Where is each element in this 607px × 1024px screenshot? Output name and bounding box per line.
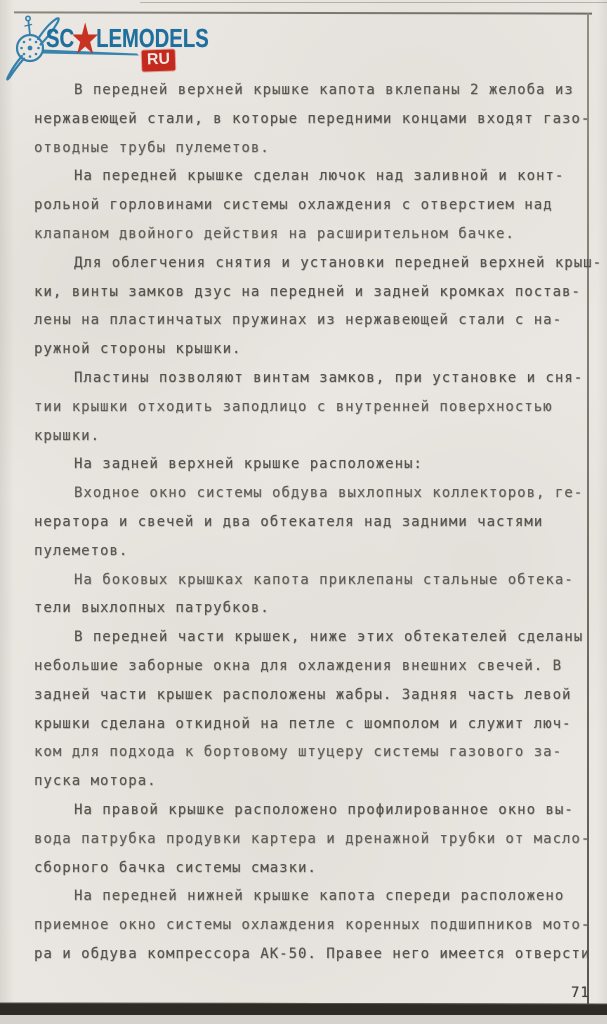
text-line: сборного бачка системы смазки. bbox=[34, 854, 594, 883]
text-line: Для облегчения снятия и установки передн… bbox=[34, 249, 594, 278]
text-line: ра и обдува компрессора АК-50. Правее не… bbox=[34, 940, 594, 969]
text-line: ки, винты замков дзус на передней и задн… bbox=[34, 278, 594, 307]
text-line: ружной стороны крышки. bbox=[34, 335, 594, 364]
text-line: приемное окно системы охлаждения коренны… bbox=[34, 911, 594, 940]
text-line: На боковых крышках капота приклепаны ста… bbox=[34, 566, 594, 595]
text-line: клапаном двойного действия на расширител… bbox=[34, 220, 594, 249]
text-line: отводные трубы пулеметов. bbox=[34, 134, 594, 163]
logo-wordmark: SC ★ LEMODELS bbox=[46, 22, 209, 54]
text-line: крышки. bbox=[34, 422, 594, 451]
document-body-text: В передней верхней крышке капота вклепан… bbox=[34, 76, 594, 969]
text-line: крышки сделана откидной на петле с шомпо… bbox=[34, 710, 594, 739]
text-line: рольной горловинами системы охлаждения с… bbox=[34, 191, 594, 220]
text-line: В передней верхней крышке капота вклепан… bbox=[34, 76, 594, 105]
text-line: На задней верхней крышке расположены: bbox=[34, 450, 594, 479]
text-line: В передней части крышек, ниже этих обтек… bbox=[34, 623, 594, 652]
text-line: нержавеющей стали, в которые передними к… bbox=[34, 105, 594, 134]
text-line: лены на пластинчатых пружинах из нержаве… bbox=[34, 306, 594, 335]
text-line: На передней крышке сделан лючок над зали… bbox=[34, 162, 594, 191]
text-line: задней части крышек расположены жабры. З… bbox=[34, 681, 594, 710]
text-line: нератора и свечей и два обтекателя над з… bbox=[34, 508, 594, 537]
text-line: вода патрубка продувки картера и дренажн… bbox=[34, 825, 594, 854]
page-number: 71 bbox=[571, 985, 590, 1001]
text-line: пулеметов. bbox=[34, 537, 594, 566]
scan-edge-below-band bbox=[0, 1015, 607, 1024]
text-line: ком для подхода к бортовому штуцеру сист… bbox=[34, 738, 594, 767]
text-line: На правой крышке расположено профилирова… bbox=[34, 796, 594, 825]
text-line: тии крышки отходить заподлицо с внутренн… bbox=[34, 393, 594, 422]
text-line: Входное окно системы обдува выхлопных ко… bbox=[34, 479, 594, 508]
logo-text-lemodels: LEMODELS bbox=[96, 23, 209, 54]
text-line: небольшие заборные окна для охлаждения в… bbox=[34, 652, 594, 681]
scanned-page: SC ★ LEMODELS RU В передней верхней крыш… bbox=[0, 0, 607, 1024]
text-line: тели выхлопных патрубков. bbox=[34, 594, 594, 623]
text-line: На передней нижней крышке капота спереди… bbox=[34, 882, 594, 911]
text-line: Пластины позволяют винтам замков, при ус… bbox=[34, 364, 594, 393]
logo-ru-badge: RU bbox=[142, 49, 176, 71]
text-line: пуска мотора. bbox=[34, 767, 594, 796]
logo-text-sc: SC bbox=[46, 23, 74, 54]
